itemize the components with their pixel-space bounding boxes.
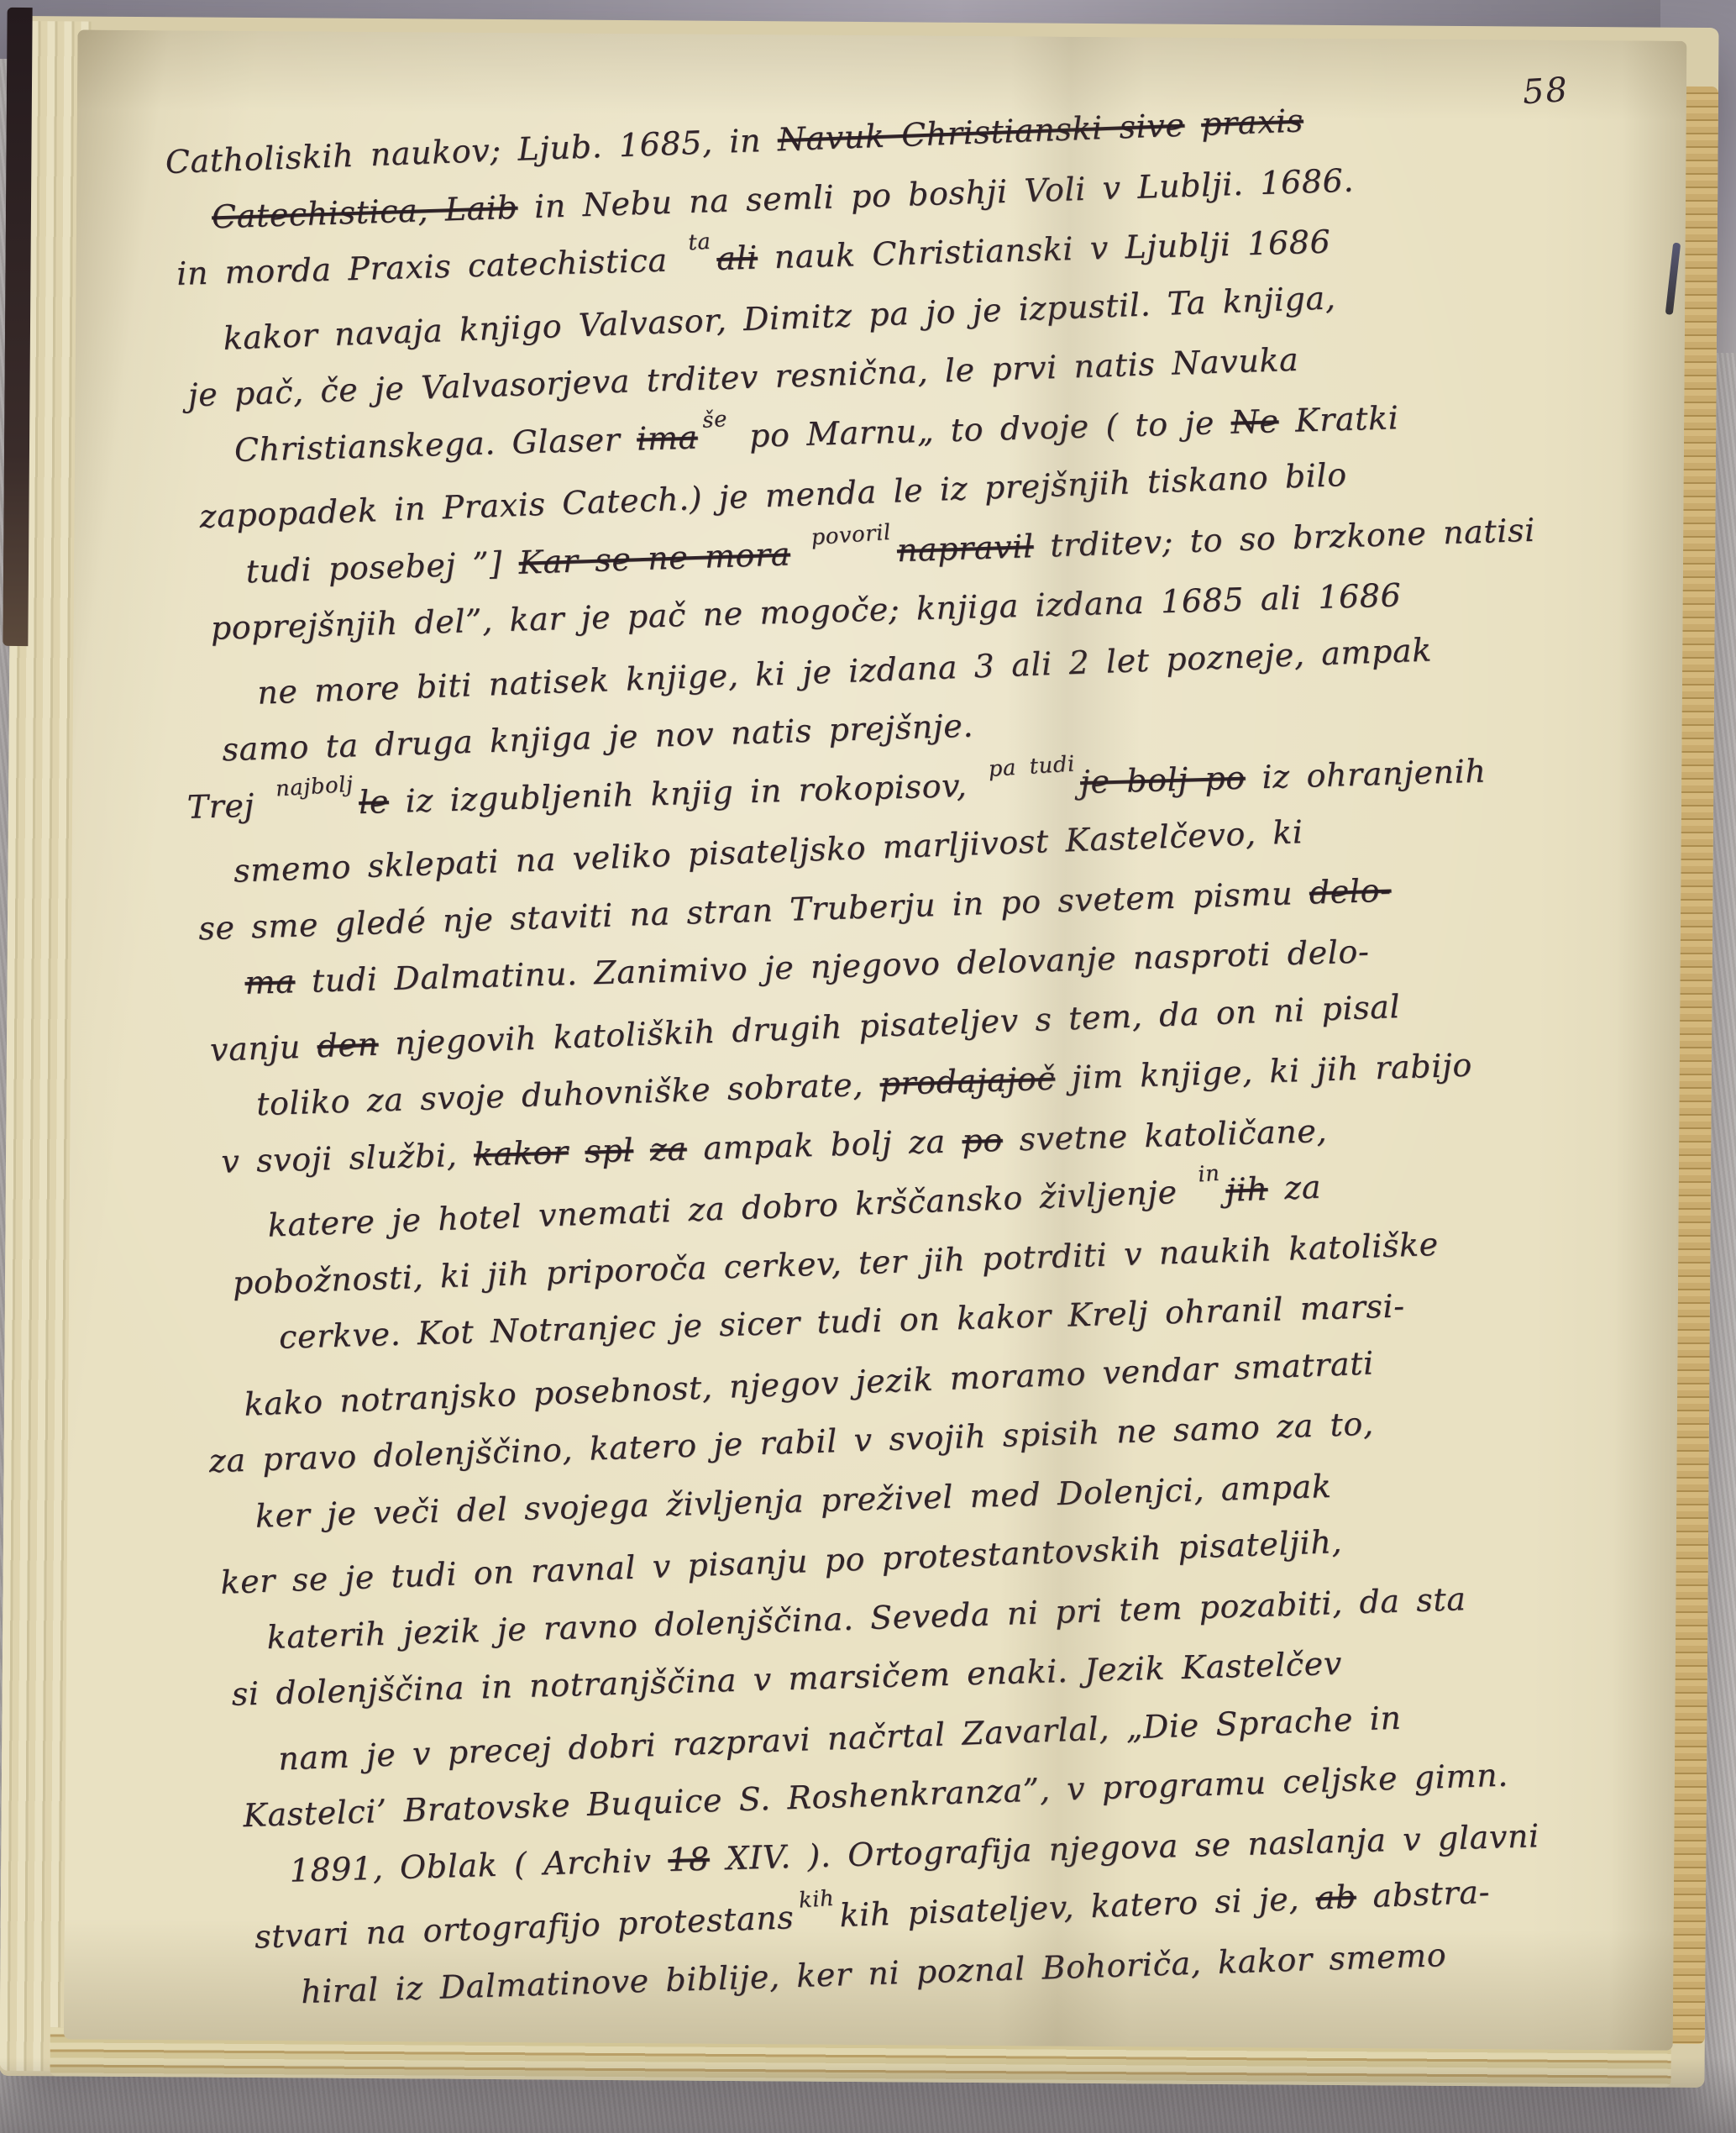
handwritten-text: ampak bolj za: [686, 1122, 962, 1167]
manuscript-page: 58 Catholiskih naukov; Ljub. 1685, in Na…: [64, 29, 1687, 2050]
handwritten-text: Christianskega. Glaser: [233, 420, 637, 468]
handwritten-text: [789, 534, 807, 572]
strikethrough-text: Catechistica, Laib: [211, 188, 518, 235]
book-cover-edge: [3, 8, 32, 646]
handwritten-text: iz izgubljenih knjig in rokopisov,: [388, 766, 983, 820]
photo-scene: 58 Catholiskih naukov; Ljub. 1685, in Na…: [0, 0, 1736, 2133]
strikethrough-text: ma: [244, 963, 296, 1001]
manuscript-text: Catholiskih naukov; Ljub. 1685, in Navuk…: [165, 81, 1687, 2024]
inserted-text: najbolj: [275, 785, 353, 790]
handwritten-text: 1891, Oblak ( Archiv: [289, 1841, 669, 1889]
strikethrough-text: jih: [1225, 1170, 1269, 1209]
handwritten-text: v svoji službi,: [221, 1136, 475, 1179]
floor-shadow: [0, 2057, 1736, 2133]
handwritten-text: [1184, 106, 1202, 144]
handwritten-text: stvari na ortografijo protestans: [254, 1899, 795, 1956]
handwritten-text: kih pisateljev, katero si je,: [839, 1879, 1317, 1934]
inserted-text: povoril: [811, 533, 891, 538]
strikethrough-text: je bolj po: [1079, 759, 1246, 800]
strikethrough-text: po: [962, 1121, 1004, 1158]
handwritten-text: Trej: [186, 786, 271, 826]
handwritten-text: abstra-: [1356, 1873, 1491, 1915]
strikethrough-text: le: [358, 783, 389, 821]
strikethrough-text: praxis: [1200, 102, 1303, 142]
inserted-text: pa tudi: [988, 764, 1074, 769]
handwritten-text: svetne katoličane,: [1002, 1112, 1327, 1158]
open-book: 58 Catholiskih naukov; Ljub. 1685, in Na…: [0, 16, 1719, 2088]
strikethrough-text: ima: [636, 418, 698, 457]
strikethrough-text: Navuk Christianski sive: [777, 107, 1185, 159]
strikethrough-text: spl: [585, 1132, 634, 1170]
strikethrough-text: den: [317, 1025, 380, 1064]
strikethrough-text: za: [649, 1130, 687, 1168]
strikethrough-text: ab: [1315, 1878, 1357, 1917]
handwritten-text: trditev; to so brzkone natisi: [1033, 511, 1536, 564]
inserted-text: še: [702, 419, 727, 421]
strikethrough-text: delo-: [1309, 871, 1392, 911]
handwritten-text: toliko za svoje duhovniške sobrate,: [255, 1065, 880, 1122]
handwritten-text: jim knjige, ki jih rabijo: [1054, 1047, 1472, 1097]
strikethrough-text: ali: [716, 239, 758, 277]
handwritten-text: za: [1267, 1169, 1322, 1207]
handwritten-text: in morda Praxis catechistica: [176, 241, 684, 292]
handwritten-text: vanju: [209, 1027, 317, 1069]
strikethrough-text: prodajajoč: [879, 1060, 1056, 1103]
strikethrough-text: Ne: [1230, 402, 1279, 441]
strikethrough-text: Kar se ne mora: [518, 535, 791, 581]
strikethrough-text: napravil: [896, 528, 1034, 569]
handwritten-text: iz ohranjenih: [1245, 752, 1487, 796]
handwritten-text: [633, 1131, 651, 1169]
strikethrough-text: 18: [668, 1840, 711, 1878]
inserted-text: in: [1198, 1174, 1220, 1175]
handwritten-text: po Marnu„ to dvoje ( to je: [732, 403, 1231, 454]
inserted-text: kih: [799, 1899, 834, 1901]
strikethrough-text: kakor: [473, 1133, 569, 1173]
handwritten-text: [568, 1132, 585, 1170]
handwritten-text: Kratki: [1278, 399, 1399, 439]
handwritten-text: nauk Christianski v Ljublji 1686: [757, 223, 1330, 276]
handwritten-text: tudi posebej ”]: [245, 544, 519, 589]
inserted-text: ta: [689, 242, 711, 244]
